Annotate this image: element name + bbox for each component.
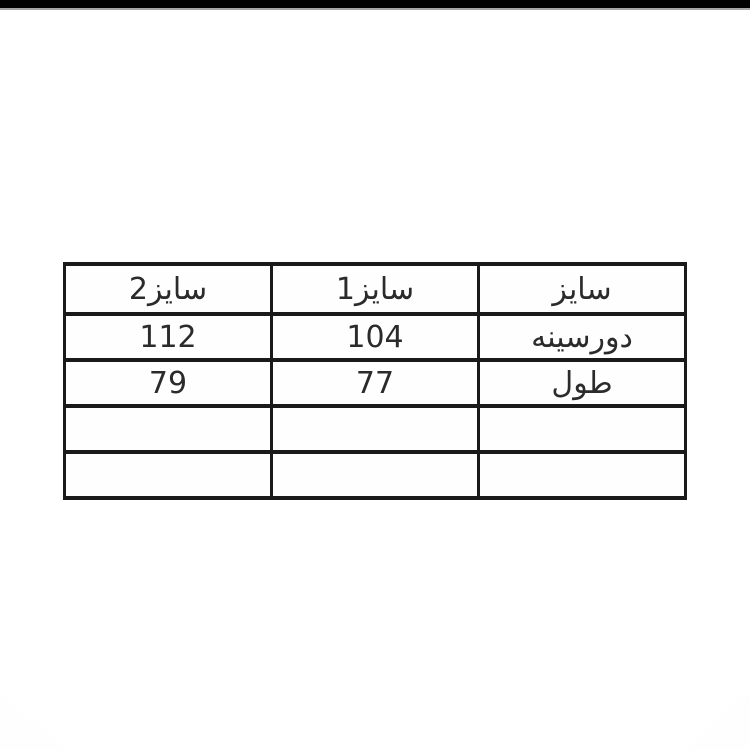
table-row-length: طول 77 79 <box>65 360 686 406</box>
table-header-row: سایز سایز1 سایز2 <box>65 264 686 314</box>
screenshot-root: سایز سایز1 سایز2 دورسینه 104 112 طول 77 … <box>0 0 750 750</box>
table-row-chest: دورسینه 104 112 <box>65 314 686 360</box>
chest-size2-cell: 112 <box>65 314 272 360</box>
top-bar-divider <box>0 8 750 10</box>
empty-cell <box>65 406 272 452</box>
empty-cell <box>272 406 479 452</box>
table-empty-row-1 <box>65 406 686 452</box>
header-cell-size: سایز <box>479 264 686 314</box>
table-empty-row-2 <box>65 452 686 498</box>
chest-size1-cell: 104 <box>272 314 479 360</box>
chest-label-cell: دورسینه <box>479 314 686 360</box>
empty-cell <box>479 452 686 498</box>
size-chart-table: سایز سایز1 سایز2 دورسینه 104 112 طول 77 … <box>63 262 687 500</box>
empty-cell <box>479 406 686 452</box>
length-size1-cell: 77 <box>272 360 479 406</box>
top-black-bar <box>0 0 750 8</box>
header-cell-size1: سایز1 <box>272 264 479 314</box>
empty-cell <box>272 452 479 498</box>
empty-cell <box>65 452 272 498</box>
header-cell-size2: سایز2 <box>65 264 272 314</box>
length-label-cell: طول <box>479 360 686 406</box>
length-size2-cell: 79 <box>65 360 272 406</box>
